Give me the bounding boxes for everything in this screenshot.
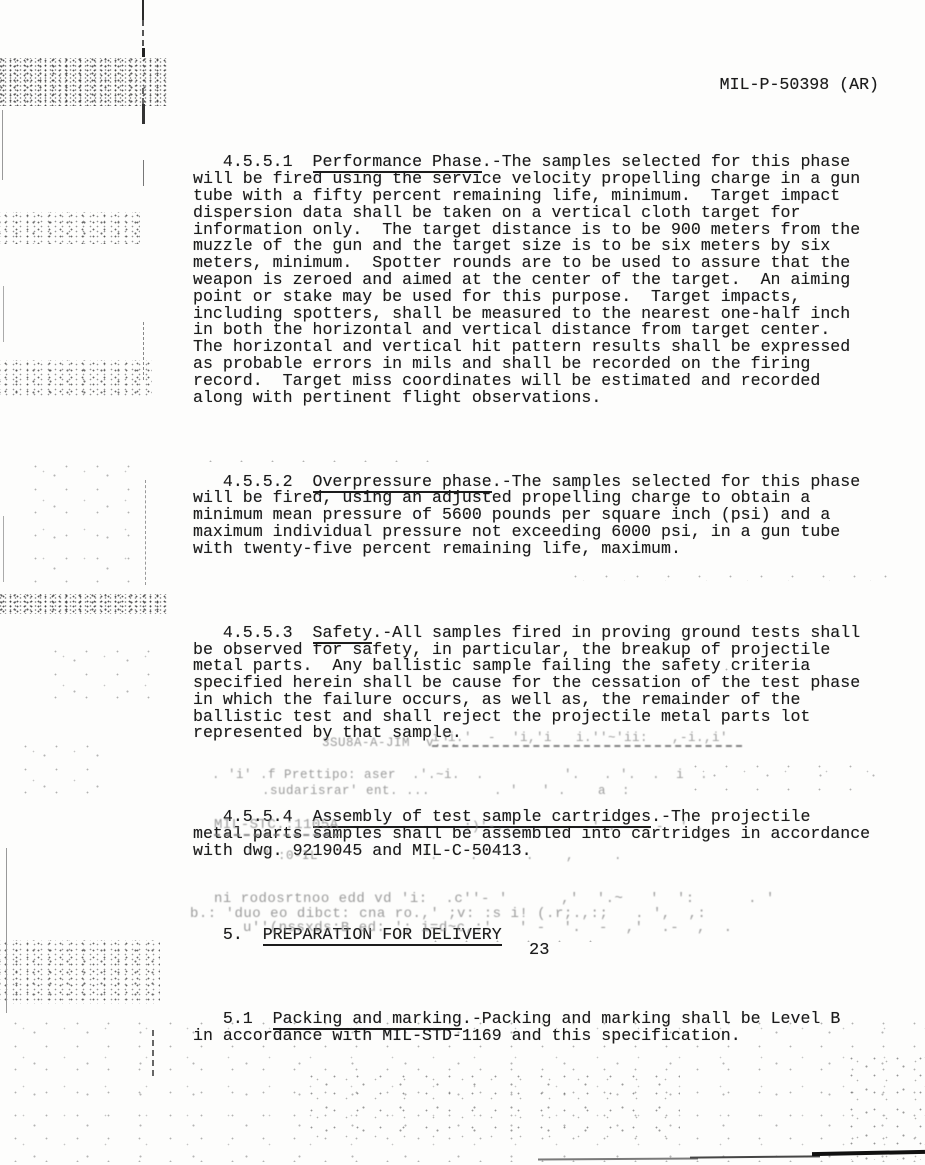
scan-line-artifact: [3, 286, 4, 342]
scan-noise-band: [10, 735, 100, 805]
bleed-through-text: . 'i' .f Prettipo: aser .'.~i. . '. . '.…: [212, 768, 708, 782]
scan-noise-band: [680, 755, 880, 795]
scan-noise-band: [0, 940, 160, 1004]
bleed-through-text-underlined: i'i.' - 'i,'i i.''~'ii: ,-i.,i' .:i: [432, 731, 742, 747]
document-number: MIL-P-50398 (AR): [720, 76, 879, 93]
scan-line-artifact: [145, 480, 147, 585]
scan-noise-band: [20, 455, 150, 585]
scanned-document-page: MIL-P-50398 (AR) 4.5.5.1 Performance Pha…: [0, 0, 925, 1165]
scan-noise-band: [195, 450, 435, 462]
scan-line-artifact: [143, 322, 145, 380]
scan-noise-band: [0, 360, 152, 396]
scan-line-artifact: [142, 0, 144, 20]
scan-noise-band: [0, 212, 140, 244]
paragraph-4553: 4.5.5.3 Safety.-All samples fired in pro…: [193, 625, 893, 743]
bleed-through-text: :)'-.. ' . - ' .: [464, 820, 704, 834]
bleed-through-text: ni rodosrtnoo edd vd 'i: .c''- ' ,' '.~ …: [214, 891, 775, 907]
bleed-through-text-underlined: MIL-STC.:1105A: [214, 817, 339, 836]
paragraph-text: .-All samples fired in proving ground te…: [193, 623, 860, 743]
scan-line-artifact: [6, 848, 7, 1013]
scan-line-artifact: [142, 104, 145, 124]
scan-noise-band: [300, 1068, 680, 1140]
scan-noise-band: [560, 565, 900, 581]
scan-noise-band: [420, 930, 620, 942]
scan-line-artifact: [152, 1030, 156, 1076]
paragraph-4551: 4.5.5.1 Performance Phase.-The samples s…: [193, 154, 893, 406]
scan-line-artifact: [2, 110, 3, 180]
scan-noise-band: [40, 640, 160, 700]
paragraph-text: .-The samples selected for this phase wi…: [193, 152, 860, 406]
scan-line-artifact: [142, 48, 145, 57]
bleed-through-text: ' " :0-IL '. . ' . , .: [246, 849, 622, 863]
scan-line-artifact: [3, 516, 4, 582]
page-number: 23: [529, 941, 549, 960]
scan-noise-band: [840, 1050, 925, 1160]
scan-noise-band: [0, 594, 168, 614]
paragraph-4552: 4.5.5.2 Overpressure phase.-The samples …: [193, 474, 893, 558]
scan-line-artifact: [142, 88, 146, 104]
scan-line-artifact: [143, 160, 144, 186]
bleed-through-text: .sudarisrar' ent. ... . ' ' . a :: [262, 784, 630, 798]
scan-noise-band: [680, 658, 740, 674]
